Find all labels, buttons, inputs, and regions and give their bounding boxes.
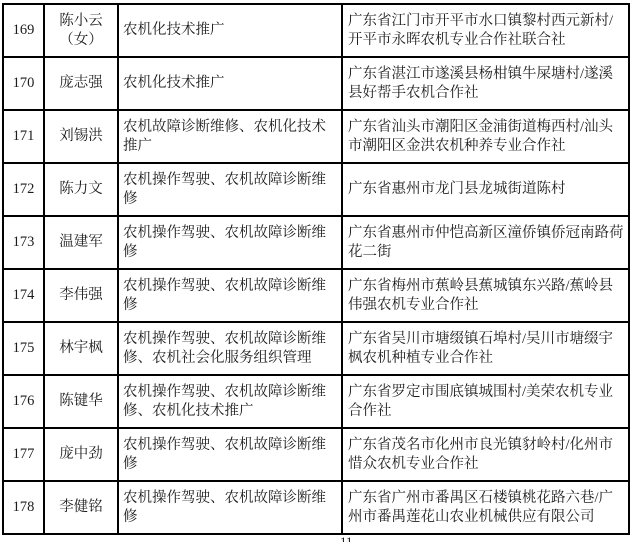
cell-skills: 农机故障诊断维修、农机化技术 推广: [118, 110, 342, 163]
table-row: 172 陈力文 农机操作驾驶、农机故障诊断维 修 广东省惠州市龙门县龙城街道陈村: [3, 163, 629, 216]
page-number: 11: [340, 534, 353, 542]
cell-number: 173: [3, 216, 44, 269]
table-row: 174 李伟强 农机操作驾驶、农机故障诊断维 修 广东省梅州市蕉岭县蕉城镇东兴路…: [3, 269, 629, 322]
cell-name: 陈小云 （女）: [44, 4, 118, 57]
cell-number: 170: [3, 57, 44, 110]
cell-name: 刘锡洪: [44, 110, 118, 163]
document-page: 169 陈小云 （女） 农机化技术推广 广东省江门市开平市水口镇黎村西元新村/ …: [0, 0, 638, 542]
cell-address: 广东省湛江市遂溪县杨柑镇牛屎塘村/遂溪 县好帮手农机合作社: [342, 57, 629, 110]
cell-address: 广东省吴川市塘缀镇石埠村/吴川市塘缀宇 枫农机种植专业合作社: [342, 322, 629, 375]
cell-address: 广东省惠州市仲恺高新区潼侨镇侨冠南路荷 花二街: [342, 216, 629, 269]
cell-name: 林宇枫: [44, 322, 118, 375]
table-body: 169 陈小云 （女） 农机化技术推广 广东省江门市开平市水口镇黎村西元新村/ …: [3, 4, 629, 534]
table-row: 169 陈小云 （女） 农机化技术推广 广东省江门市开平市水口镇黎村西元新村/ …: [3, 4, 629, 57]
table-row: 173 温建军 农机操作驾驶、农机故障诊断维 修 广东省惠州市仲恺高新区潼侨镇侨…: [3, 216, 629, 269]
cell-address: 广东省罗定市围底镇城围村/美荣农机专业 合作社: [342, 375, 629, 428]
table-row: 171 刘锡洪 农机故障诊断维修、农机化技术 推广 广东省汕头市潮阳区金浦街道梅…: [3, 110, 629, 163]
cell-address: 广东省梅州市蕉岭县蕉城镇东兴路/蕉岭县 伟强农机专业合作社: [342, 269, 629, 322]
cell-skills: 农机操作驾驶、农机故障诊断维 修: [118, 216, 342, 269]
table-row: 170 庞志强 农机化技术推广 广东省湛江市遂溪县杨柑镇牛屎塘村/遂溪 县好帮手…: [3, 57, 629, 110]
cell-number: 171: [3, 110, 44, 163]
cell-address: 广东省广州市番禺区石楼镇桃花路六巷/广 州市番禺莲花山农业机械供应有限公司: [342, 481, 629, 534]
cell-number: 174: [3, 269, 44, 322]
cell-skills: 农机操作驾驶、农机故障诊断维 修、农机化技术推广: [118, 375, 342, 428]
cell-skills: 农机操作驾驶、农机故障诊断维 修: [118, 163, 342, 216]
cell-name: 李伟强: [44, 269, 118, 322]
cell-name: 庞中劲: [44, 428, 118, 481]
cell-address: 广东省江门市开平市水口镇黎村西元新村/ 开平市永晖农机专业合作社联合社: [342, 4, 629, 57]
cell-name: 温建军: [44, 216, 118, 269]
table-row: 175 林宇枫 农机操作驾驶、农机故障诊断维 修、农机社会化服务组织管理 广东省…: [3, 322, 629, 375]
cell-number: 172: [3, 163, 44, 216]
cell-name: 陈力文: [44, 163, 118, 216]
cell-skills: 农机操作驾驶、农机故障诊断维 修: [118, 481, 342, 534]
cell-number: 169: [3, 4, 44, 57]
cell-address: 广东省茂名市化州市良光镇豺岭村/化州市 惜众农机专业合作社: [342, 428, 629, 481]
cell-number: 177: [3, 428, 44, 481]
cell-skills: 农机操作驾驶、农机故障诊断维 修: [118, 428, 342, 481]
cell-number: 175: [3, 322, 44, 375]
cell-number: 178: [3, 481, 44, 534]
cell-skills: 农机操作驾驶、农机故障诊断维 修: [118, 269, 342, 322]
cell-address: 广东省汕头市潮阳区金浦街道梅西村/汕头 市潮阳区金洪农机种养专业合作社: [342, 110, 629, 163]
certified-persons-table: 169 陈小云 （女） 农机化技术推广 广东省江门市开平市水口镇黎村西元新村/ …: [2, 3, 630, 535]
cell-number: 176: [3, 375, 44, 428]
cell-skills: 农机化技术推广: [118, 4, 342, 57]
cell-address: 广东省惠州市龙门县龙城街道陈村: [342, 163, 629, 216]
cell-name: 陈键华: [44, 375, 118, 428]
cell-skills: 农机化技术推广: [118, 57, 342, 110]
table-row: 178 李健铭 农机操作驾驶、农机故障诊断维 修 广东省广州市番禺区石楼镇桃花路…: [3, 481, 629, 534]
table-row: 177 庞中劲 农机操作驾驶、农机故障诊断维 修 广东省茂名市化州市良光镇豺岭村…: [3, 428, 629, 481]
cell-skills: 农机操作驾驶、农机故障诊断维 修、农机社会化服务组织管理: [118, 322, 342, 375]
cell-name: 庞志强: [44, 57, 118, 110]
table-row: 176 陈键华 农机操作驾驶、农机故障诊断维 修、农机化技术推广 广东省罗定市围…: [3, 375, 629, 428]
cell-name: 李健铭: [44, 481, 118, 534]
